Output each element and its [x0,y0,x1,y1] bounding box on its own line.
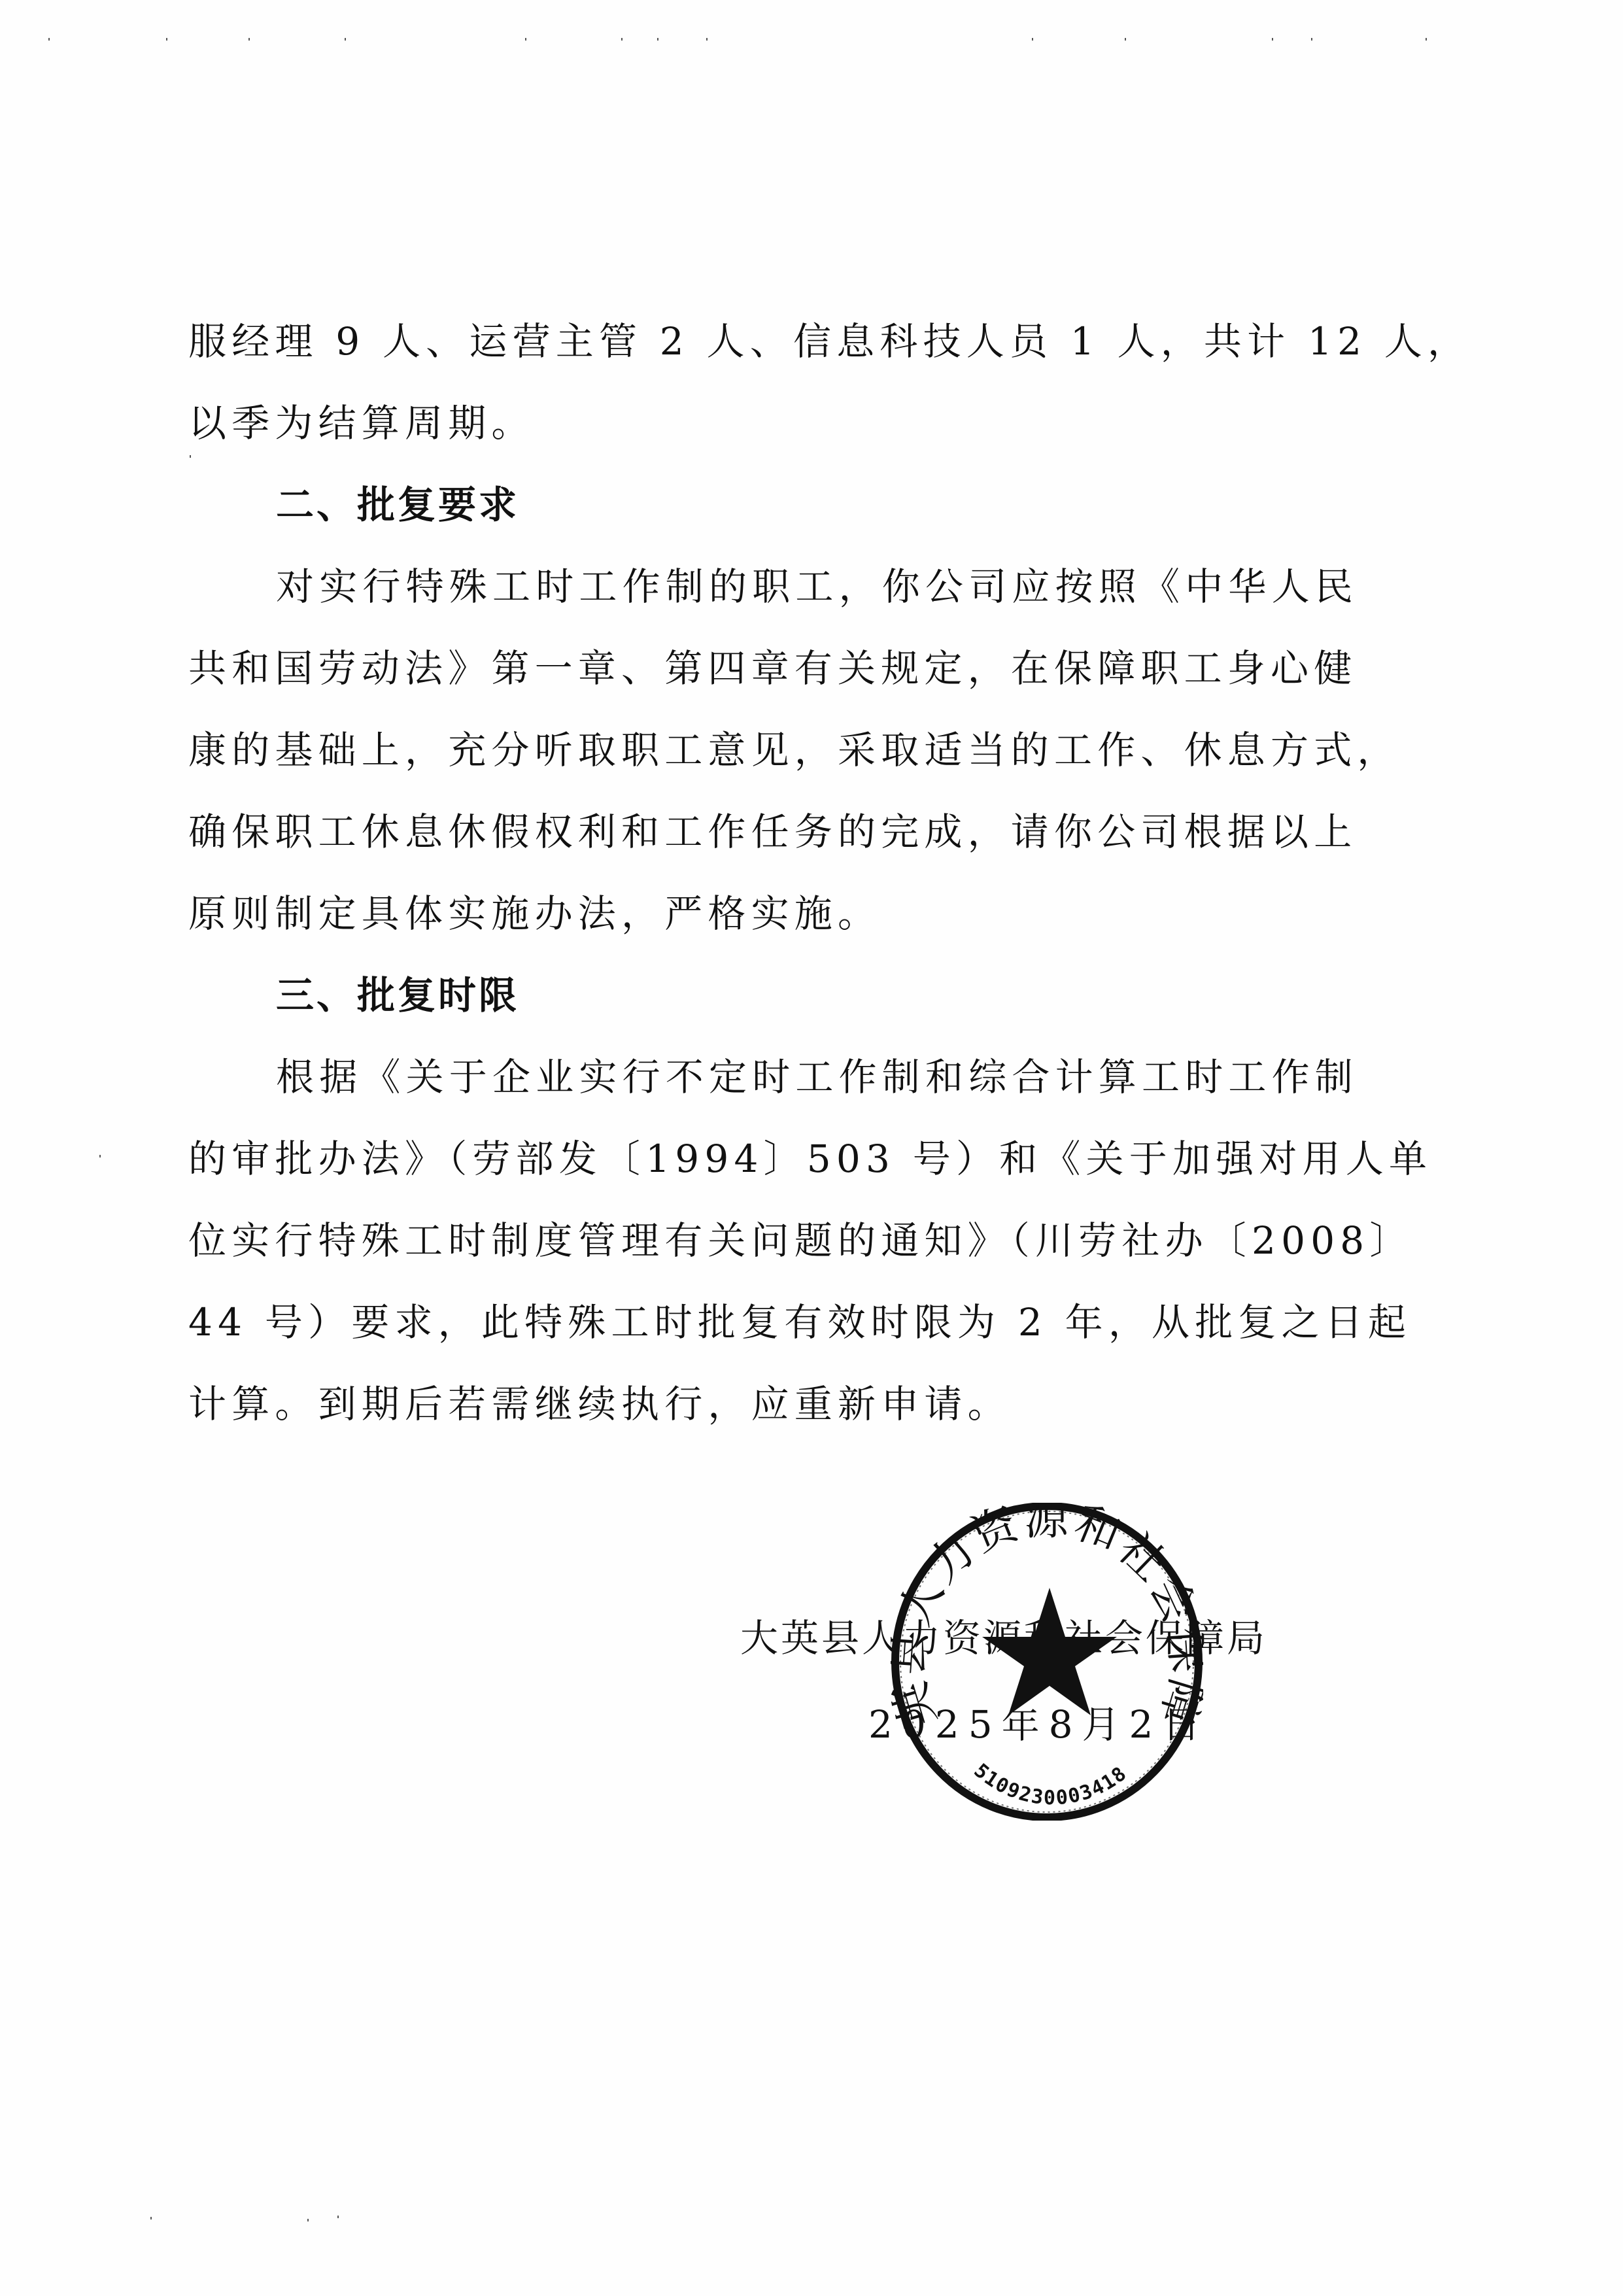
scan-speck [1125,38,1126,41]
scan-speck [1032,38,1033,41]
body-line: 44 号）要求，此特殊工时批复有效时限为 2 年，从批复之日起 [188,1282,1411,1363]
scan-speck [657,38,658,41]
body-line: 以季为结算周期。 [188,383,535,464]
scan-speck [166,38,167,41]
scan-speck [1426,38,1427,41]
scan-speck [48,38,50,41]
scan-speck [345,38,346,41]
body-line: 原则制定具体实施办法，严格实施。 [188,873,881,955]
scan-speck [307,2219,309,2221]
issue-date: 2025年8月2日 [868,1694,1209,1749]
scan-speck [525,38,526,41]
scan-speck [1272,38,1273,41]
issuer-name: 大英县人力资源和社会保障局 [740,1607,1267,1662]
scan-speck [706,38,708,41]
body-line: 的审批办法》（劳部发〔1994〕503 号）和《关于加强对用人单 [188,1118,1432,1200]
body-line: 位实行特殊工时制度管理有关问题的通知》（川劳社办〔2008〕 [188,1200,1413,1282]
scan-speck [337,2216,339,2218]
body-line: 计算。到期后若需继续执行，应重新申请。 [188,1363,1011,1445]
body-line: 确保职工休息休假权利和工作任务的完成，请你公司根据以上 [188,791,1357,873]
body-line: 康的基础上，充分听取职工意见，采取适当的工作、休息方式， [188,710,1401,791]
seal-code: 5109230003418 [970,1759,1132,1809]
document-page: 服经理 9 人、运营主管 2 人、信息科技人员 1 人，共计 12 人， 以季为… [0,0,1623,2296]
scan-speck [248,38,250,41]
section-heading-approval-requirements: 二、批复要求 [276,464,519,546]
scan-speck [99,1155,101,1157]
body-line: 对实行特殊工时工作制的职工，你公司应按照《中华人民 [276,546,1358,628]
body-line: 服经理 9 人、运营主管 2 人、信息科技人员 1 人，共计 12 人， [188,301,1471,383]
body-line: 根据《关于企业实行不定时工作制和综合计算工时工作制 [276,1037,1358,1118]
scan-speck [150,2217,152,2219]
body-line: 共和国劳动法》第一章、第四章有关规定，在保障职工身心健 [188,628,1357,710]
scan-speck [1311,38,1312,41]
scan-speck [621,38,623,41]
section-heading-approval-period: 三、批复时限 [276,955,519,1037]
